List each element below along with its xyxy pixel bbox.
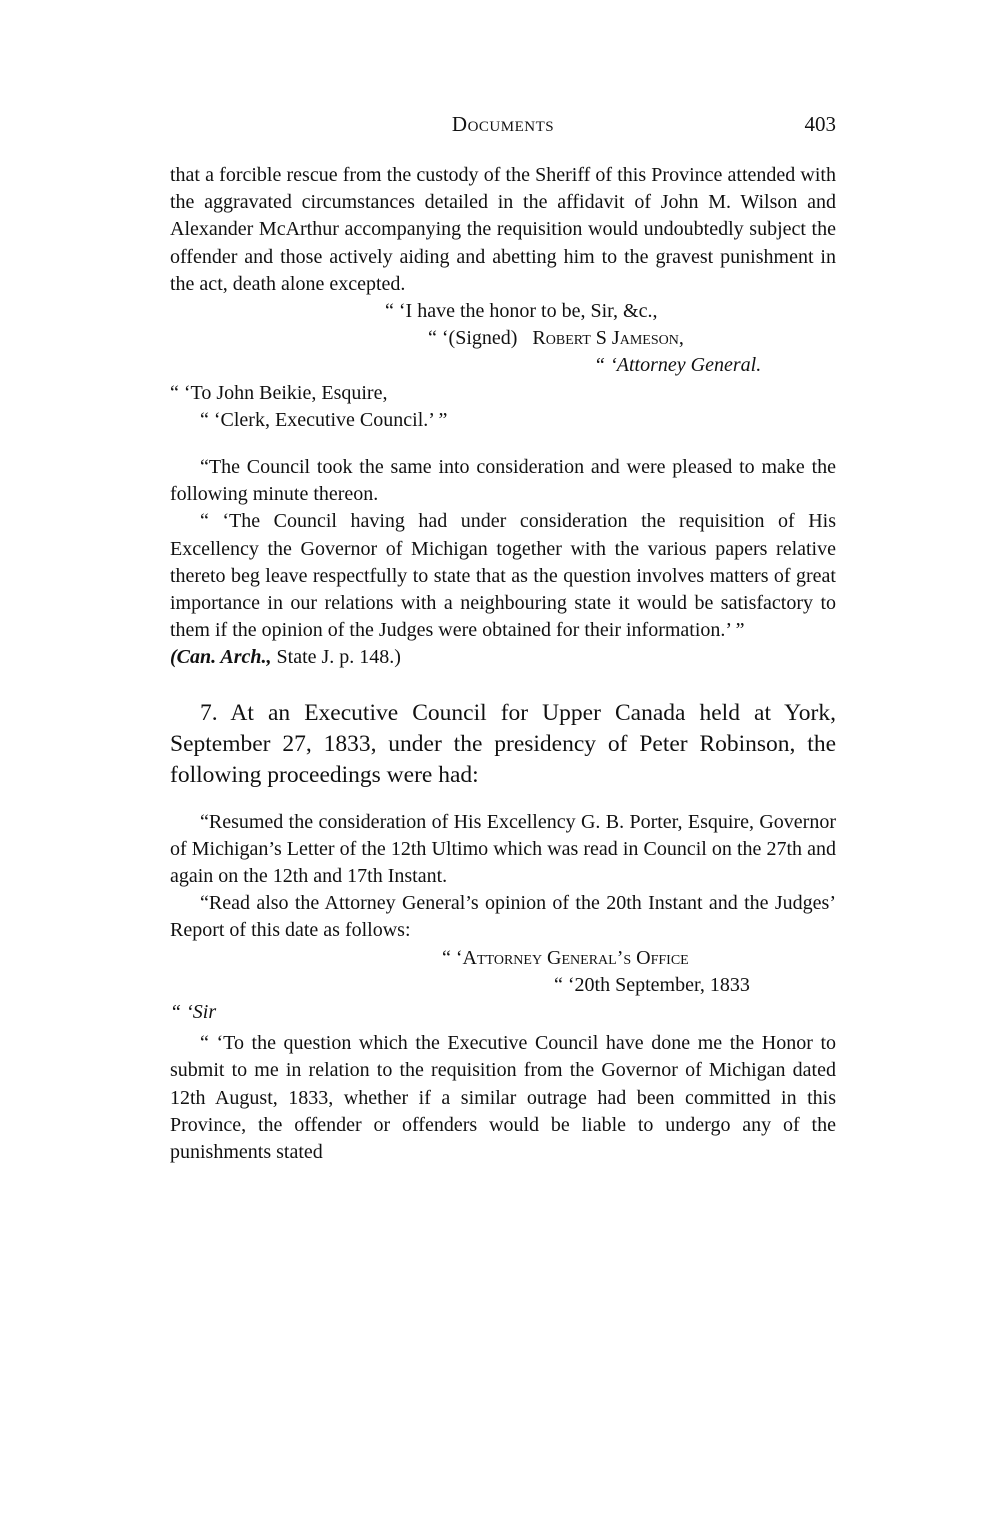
paragraph-read-also: “Read also the Attorney General’s opinio… xyxy=(170,890,836,944)
addressee-line-1: “ ‘To John Beikie, Esquire, xyxy=(170,380,836,407)
letter-signature: “ ‘(Signed) Robert S Jameson, xyxy=(170,325,836,352)
citation-ref: State J. p. 148.) xyxy=(272,646,401,668)
signer-title: “ ‘Attorney General. xyxy=(170,352,836,379)
letter-closing: “ ‘I have the honor to be, Sir, &c., xyxy=(170,298,836,325)
signed-prefix: “ ‘(Signed) xyxy=(428,327,517,349)
citation: (Can. Arch., State J. p. 148.) xyxy=(170,644,836,671)
letter-date: “ ‘20th September, 1833 xyxy=(170,972,836,999)
office-heading: “ ‘Attorney General’s Office xyxy=(170,945,836,972)
signer-name: Robert S Jameson, xyxy=(532,327,683,349)
page-body: that a forcible rescue from the custody … xyxy=(170,162,836,1166)
paragraph-continuation: that a forcible rescue from the custody … xyxy=(170,162,836,298)
section-heading-7: 7. At an Executive Council for Upper Can… xyxy=(170,698,836,791)
addressee-line-2: “ ‘Clerk, Executive Council.’ ” xyxy=(170,407,836,434)
paragraph-council-minute: “ ‘The Council having had under consider… xyxy=(170,508,836,644)
paragraph-resumed: “Resumed the consideration of His Excell… xyxy=(170,809,836,891)
paragraph-council-consideration: “The Council took the same into consider… xyxy=(170,454,836,508)
letter-salutation: “ ‘Sir xyxy=(170,999,836,1026)
running-head: Documents xyxy=(170,112,836,137)
citation-source: (Can. Arch., xyxy=(170,646,272,668)
paragraph-question: “ ‘To the question which the Executive C… xyxy=(170,1030,836,1166)
page-number: 403 xyxy=(805,112,837,137)
page-header: Documents 403 xyxy=(170,112,836,142)
